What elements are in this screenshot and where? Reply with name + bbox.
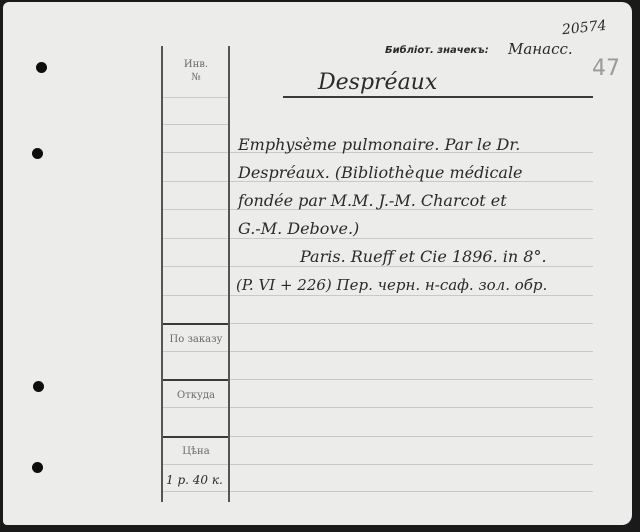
ruled-line: [163, 238, 228, 239]
ruled-line: [163, 152, 228, 153]
ruled-line: [230, 351, 593, 352]
entry-line: G.-M. Debove.): [238, 219, 359, 238]
shelf-mark-value: Манасс.: [508, 40, 573, 58]
ruled-line: [230, 407, 593, 408]
punch-hole: [33, 381, 44, 392]
ruled-line: [230, 379, 593, 380]
order-label: По заказу: [163, 334, 229, 345]
source-label: Откуда: [163, 390, 229, 401]
ruled-line: [163, 124, 228, 125]
ruled-line: [163, 407, 228, 408]
entry-line: Emphysème pulmonaire. Par le Dr.: [238, 135, 520, 154]
ruled-line: [163, 491, 228, 492]
ruled-line: [163, 209, 228, 210]
section-separator: [163, 379, 228, 381]
author-heading: Despréaux: [318, 70, 437, 95]
ruled-line: [163, 181, 228, 182]
ruled-line: [230, 436, 593, 437]
section-separator: [163, 323, 228, 325]
ruled-line: [163, 97, 228, 98]
section-separator: [163, 436, 228, 438]
left-column-border: [161, 46, 163, 502]
entry-line: fondée par M.M. J.-M. Charcot et: [238, 191, 507, 210]
author-underline: [283, 96, 593, 98]
ruled-line: [230, 266, 593, 267]
ruled-line: [230, 295, 593, 296]
price-label: Цѣна: [163, 446, 229, 457]
entry-line: Paris. Rueff et Cie 1896. in 8°.: [300, 247, 547, 266]
inventory-number-sign: №: [163, 72, 229, 83]
entry-line: (P. VI + 226) Пер. черн. н-саф. зол. обр…: [236, 276, 547, 294]
punch-hole: [32, 462, 43, 473]
ruled-line: [230, 323, 593, 324]
price-value: 1 р. 40 к.: [166, 473, 223, 487]
ruled-line: [230, 491, 593, 492]
shelf-mark-label: Библiот. значекъ:: [385, 45, 489, 56]
punch-hole: [36, 62, 47, 73]
left-column-border: [228, 46, 230, 502]
inventory-label: Инв.: [163, 59, 229, 70]
ruled-line: [163, 295, 228, 296]
punch-hole: [32, 148, 43, 159]
ruled-line: [230, 238, 593, 239]
pencil-mark: 47: [592, 56, 620, 81]
ruled-line: [230, 464, 593, 465]
ruled-line: [163, 464, 228, 465]
entry-line: Despréaux. (Bibliothèque médicale: [238, 163, 523, 182]
ruled-line: [163, 351, 228, 352]
ruled-line: [163, 266, 228, 267]
